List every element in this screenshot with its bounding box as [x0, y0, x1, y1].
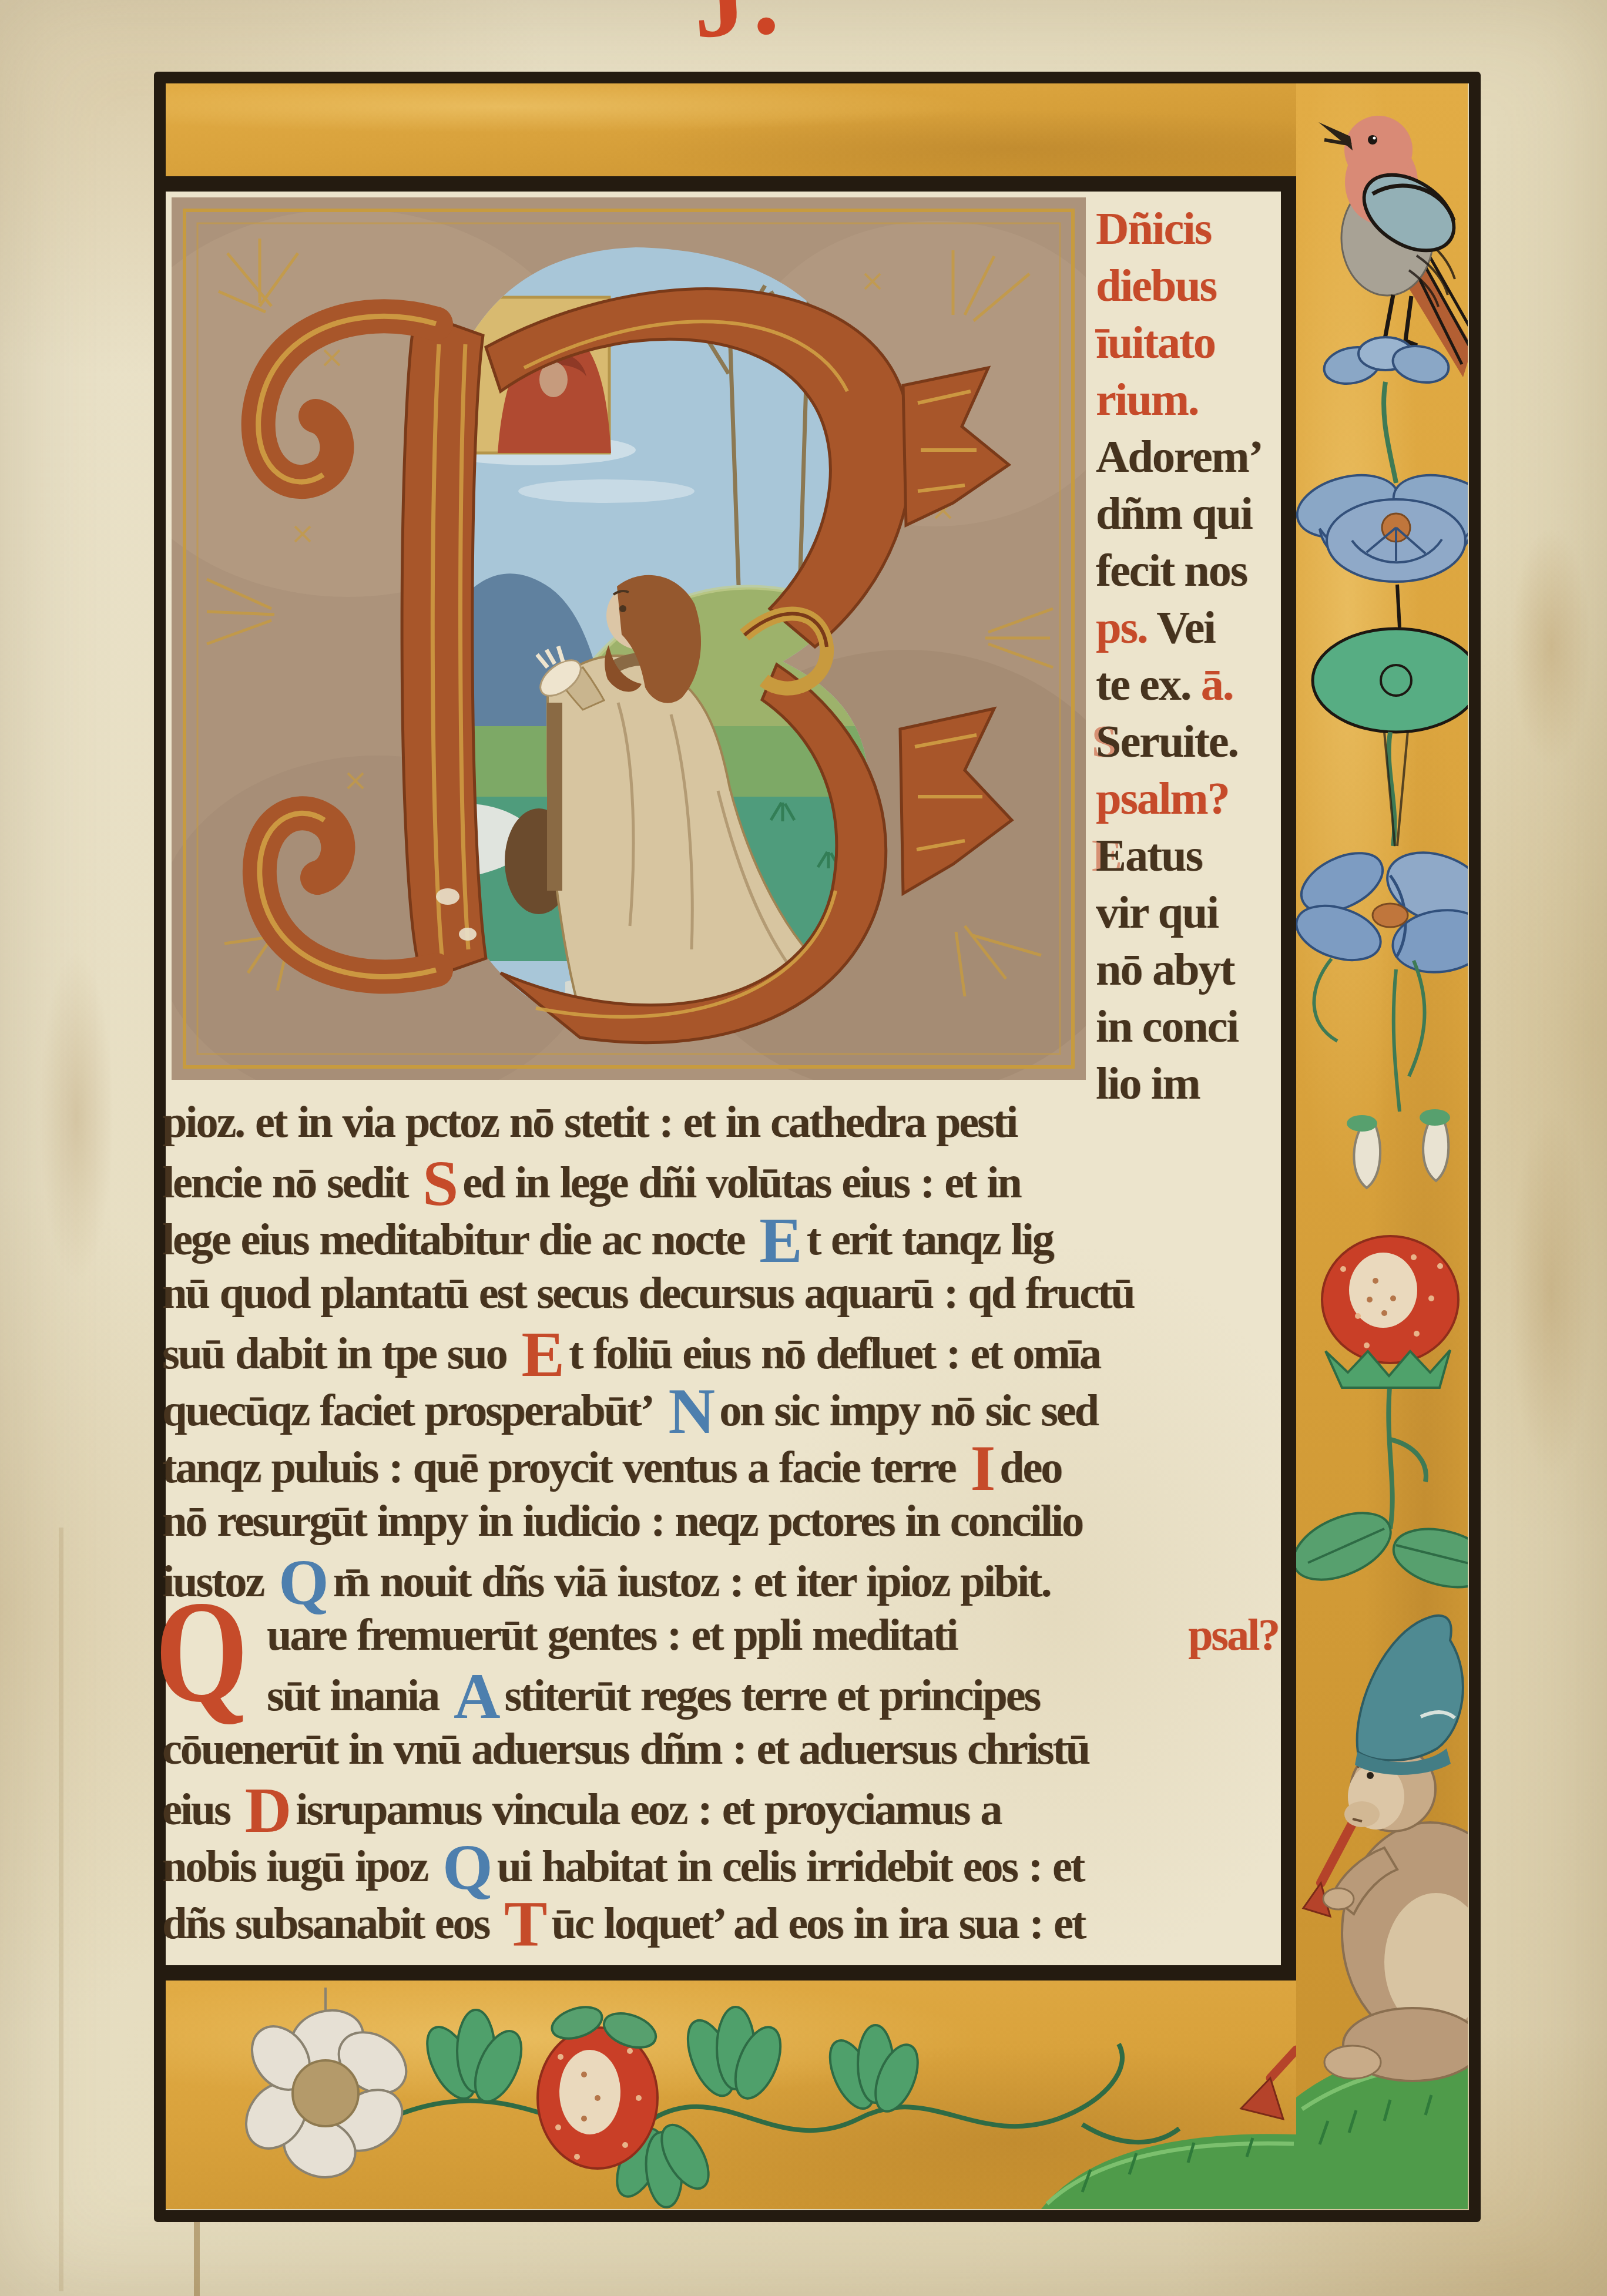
clover-leaf-icon [417, 2007, 926, 2208]
text-segment: nū quod plantatū est secus decursus aqua… [162, 1268, 1134, 1318]
text-segment: Dñicis [1096, 203, 1211, 254]
text-segment: sūt inania [267, 1671, 438, 1720]
text-segment: cōuenerūt in vnū aduersus dñm : et aduer… [162, 1724, 1089, 1774]
text-segment: m̄ nouit dñs viā iustoz : et iter ipioz … [333, 1557, 1051, 1606]
leaf-disc-icon [1313, 585, 1468, 846]
text-segment: nō abyt [1096, 944, 1234, 995]
text-segment: lege eius meditabitur die ac nocte [162, 1215, 744, 1264]
violet-flower-icon [1296, 840, 1468, 978]
text-segment: eruite. [1120, 716, 1237, 767]
text-segment: ā. [1201, 659, 1233, 710]
text-line: dñs subsanabit eosTūc loquet’ ad eos in … [162, 1892, 1281, 1949]
parchment-stain [1492, 1028, 1607, 1557]
inner-rule-right [1281, 176, 1296, 1981]
text-segment: psalm? [1096, 773, 1229, 824]
text-line: pioz. et in via pctoz nō stetit : et in … [162, 1094, 1281, 1151]
columbine-flower-icon [1296, 337, 1468, 582]
monkey-icon [1303, 1616, 1468, 2081]
miniature-panel [172, 197, 1086, 1080]
text-line: diebus [1096, 257, 1277, 314]
text-line: sūt inaniaAstiterūt reges terre et princ… [162, 1664, 1281, 1721]
text-segment: on sic impy nō sic sed [719, 1386, 1098, 1435]
text-segment: atus [1125, 830, 1202, 881]
horn-bell-icon [1241, 2050, 1296, 2119]
text-segment: stiterūt reges terre et principes [505, 1671, 1039, 1720]
text-segment: ui habitat in celis irridebit eos : et [497, 1842, 1083, 1891]
text-segment: T [504, 1888, 546, 1960]
text-segment: deo [999, 1443, 1061, 1492]
parchment-stain [1495, 482, 1607, 811]
text-segment: pioz. et in via pctoz nō stetit : et in … [162, 1097, 1016, 1147]
text-segment: t foliū eius nō defluet : et omīa [569, 1329, 1100, 1378]
text-segment: uare fremuerūt gentes : et ppli meditati [267, 1610, 957, 1660]
gold-band-top [166, 83, 1296, 176]
psalm-text-block: pioz. et in via pctoz nō stetit : et in … [162, 1094, 1281, 1949]
right-border-flora [1296, 88, 1468, 2209]
text-segment: eius [162, 1785, 230, 1834]
text-line: ps. Vei [1096, 599, 1277, 656]
text-segment: ps. [1096, 602, 1147, 653]
text-line: Adorem’ [1096, 428, 1277, 485]
text-segment: psal? [1188, 1607, 1279, 1664]
inner-rule-bottom [166, 1965, 1296, 1981]
parchment-stain [59, 1528, 63, 2291]
text-line: te ex. ā. [1096, 656, 1277, 713]
text-segment: E [1096, 830, 1125, 881]
text-line: in conci [1096, 998, 1277, 1055]
text-segment: ed in lege dñi volūtas eius : et in [462, 1158, 1020, 1207]
text-line: quecūqz faciet prosperabūt’Non sic impy … [162, 1379, 1281, 1436]
text-line: Dñicis [1096, 200, 1277, 257]
text-segment: t erit tanqz lig [807, 1215, 1053, 1264]
text-line: lege eius meditabitur die ac nocteEt eri… [162, 1208, 1281, 1265]
text-segment: tanqz puluis : quē proycit ventus a faci… [162, 1443, 955, 1492]
text-segment: isrupamus vincula eoz : et proyciamus a [296, 1785, 1001, 1834]
inner-rule-top [166, 176, 1296, 192]
text-line: lencie nō seditSed in lege dñi volūtas e… [162, 1151, 1281, 1208]
text-line: uare fremuerūt gentes : et ppli meditati… [162, 1607, 1281, 1664]
strawberry-icon [538, 2002, 660, 2169]
text-line: eiusDisrupamus vincula eoz : et proyciam… [162, 1778, 1281, 1835]
text-segment: S [1096, 716, 1120, 767]
text-segment: rium. [1096, 374, 1198, 425]
text-segment: nō resurgūt impy in iudicio : neqz pctor… [162, 1496, 1082, 1546]
text-line: cōuenerūt in vnū aduersus dñm : et aduer… [162, 1721, 1281, 1778]
text-line: vir qui [1096, 884, 1277, 941]
text-segment: Adorem’ [1096, 431, 1263, 482]
parchment-stain [194, 2215, 200, 2296]
text-line: dñm qui [1096, 485, 1277, 542]
text-line: Eatus [1096, 827, 1277, 884]
folio-mark: J. [690, 0, 786, 55]
text-line: suū dabit in tpe suoEt foliū eius nō def… [162, 1322, 1281, 1379]
text-line: iustozQm̄ nouit dñs viā iustoz : et iter… [162, 1550, 1281, 1607]
text-segment: ūc loquet’ ad eos in ira sua : et [552, 1899, 1085, 1948]
rubric-column: Dñicisdiebusīuitatorium.Adorem’dñm quife… [1096, 200, 1277, 1112]
grass-mound-icon [1041, 2134, 1296, 2209]
text-segment: Vei [1147, 602, 1215, 653]
text-line: tanqz puluis : quē proycit ventus a faci… [162, 1436, 1281, 1493]
text-segment: suū dabit in tpe suo [162, 1329, 506, 1378]
text-line: psalm? [1096, 770, 1277, 827]
text-line: Seruite. [1096, 713, 1277, 770]
white-flower-icon [234, 2003, 418, 2187]
text-segment: lencie nō sedit [162, 1158, 407, 1207]
flower-buds-icon [1314, 959, 1450, 1188]
text-line: fecit nos [1096, 542, 1277, 599]
text-line: nū quod plantatū est secus decursus aqua… [162, 1265, 1281, 1322]
text-segment: nobis iugū ipoz [162, 1842, 427, 1891]
manuscript-page: J. [0, 0, 1607, 2296]
text-segment: quecūqz faciet prosperabūt’ [162, 1386, 653, 1435]
text-segment: vir qui [1096, 887, 1218, 938]
bottom-border-garland [166, 1981, 1296, 2209]
text-segment: fecit nos [1096, 545, 1247, 596]
text-segment: te ex. [1096, 659, 1201, 710]
text-segment: dñm qui [1096, 488, 1252, 539]
text-line: rium. [1096, 371, 1277, 428]
text-segment: in conci [1096, 1001, 1238, 1052]
text-line: īuitato [1096, 314, 1277, 371]
text-line: nō abyt [1096, 941, 1277, 998]
drop-cap-Q: Q [155, 1579, 248, 1725]
text-segment: diebus [1096, 260, 1216, 311]
strawberry-plant-icon [1296, 1236, 1468, 1596]
text-segment: īuitato [1096, 317, 1215, 368]
parchment-stain [24, 881, 129, 1351]
text-line: nō resurgūt impy in iudicio : neqz pctor… [162, 1493, 1281, 1550]
text-segment: dñs subsanabit eos [162, 1899, 489, 1948]
text-line: nobis iugū ipozQui habitat in celis irri… [162, 1835, 1281, 1892]
